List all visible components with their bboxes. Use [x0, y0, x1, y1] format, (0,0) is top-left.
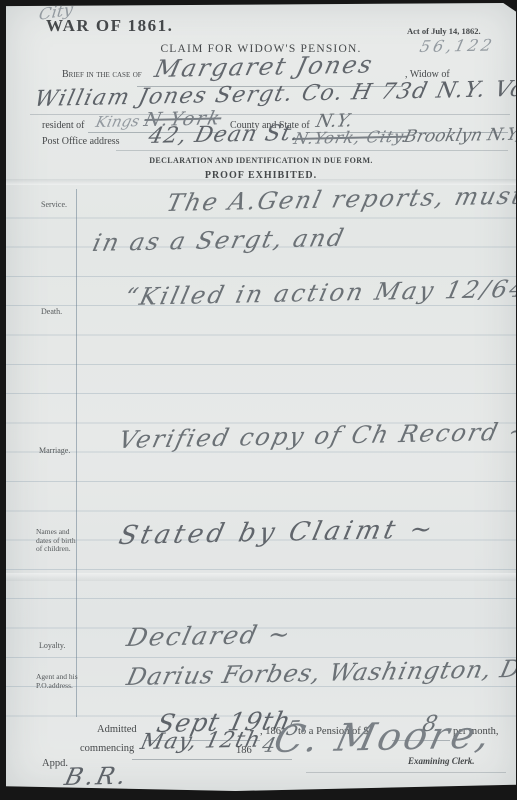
admitted-label: Admitted	[97, 724, 137, 735]
clerk-signature: C. Moore,	[270, 712, 497, 761]
fill-in-line	[116, 149, 508, 151]
margin-rule	[76, 189, 77, 717]
war-title: WAR OF 1861.	[46, 16, 173, 36]
po-value2: Brooklyn N.Y,	[402, 125, 517, 147]
commencing-year-prefix: 186	[236, 745, 252, 756]
section-label-children: Names and dates of birth of children.	[36, 528, 76, 554]
claim-number: 56,122	[418, 35, 497, 56]
act-note: Act of July 14, 1862.	[407, 26, 481, 36]
claimant-name: Margaret Jones	[152, 50, 377, 83]
section-label-loyalty: Loyalty.	[39, 641, 65, 650]
section-label-death: Death.	[41, 307, 62, 316]
appd-label: Appd.	[42, 758, 68, 769]
po-value: 42, Dean St.	[146, 121, 302, 149]
section-label-marriage: Marriage.	[39, 446, 70, 455]
fill-in-line	[306, 771, 506, 773]
appd-initials: B.R.	[62, 762, 132, 791]
resident-label: resident of	[42, 120, 85, 131]
fill-in-line	[132, 758, 292, 760]
scanned-document-page: { "header": { "pencil_note": "City", "wa…	[0, 0, 517, 800]
loyalty-entry: Declared ~	[124, 620, 295, 652]
clerk-label: Examining Clerk.	[408, 756, 475, 766]
declaration-line: DECLARATION AND IDENTIFICATION IN DUE FO…	[111, 156, 411, 165]
brief-label: Brief in the case of	[62, 69, 142, 80]
commencing-label: commencing	[80, 743, 134, 754]
service-entry-line2: in as a Sergt, and	[90, 224, 348, 257]
soldier-line: William Jones Sergt. Co. H 73d N.Y. Vols	[32, 76, 517, 112]
po-label: Post Office address	[42, 136, 120, 147]
resident-county: Kings	[94, 112, 141, 131]
paper-sheet: City WAR OF 1861. Act of July 14, 1862. …	[6, 3, 516, 791]
section-label-service: Service.	[41, 200, 67, 209]
section-label-agent: Agent and his P.O.address.	[36, 673, 78, 690]
proof-line: PROOF EXHIBITED.	[111, 170, 411, 181]
po-struck-text: N.York, City.	[292, 127, 410, 148]
